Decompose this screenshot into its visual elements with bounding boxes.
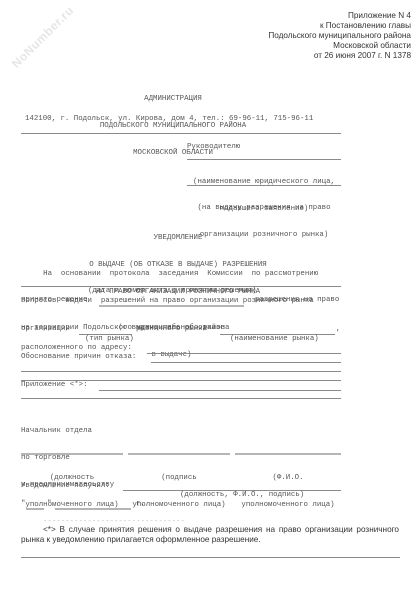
signature-line[interactable] <box>128 453 230 455</box>
watermark: NoNumber.ru <box>9 3 77 71</box>
address-label: расположенного по адресу: <box>21 344 132 353</box>
recipient-label: Руководителю <box>187 143 240 152</box>
fio-hint-2: уполномоченного лица) <box>234 501 342 510</box>
act-hint: (дата и номер акта о принятии решения) <box>88 287 257 296</box>
market-type-hint: (тип рынка) <box>85 335 134 344</box>
attachment-line-1[interactable] <box>99 390 341 391</box>
day-line[interactable] <box>26 508 44 510</box>
admin-line-1: АДМИНИСТРАЦИЯ <box>0 95 346 104</box>
title-line-1: УВЕДОМЛЕНИЕ <box>0 234 356 243</box>
org-label: организации <box>21 325 70 334</box>
address-line[interactable] <box>147 353 341 354</box>
decision-suffix: разрешения на право <box>255 296 339 305</box>
admin-address: 142100, г. Подольск, ул. Кирова, дом 4, … <box>25 115 313 124</box>
page-bottom-rule <box>21 557 400 558</box>
attachment-label: Приложение <*>: <box>21 381 88 390</box>
reason-line-2[interactable] <box>21 371 341 372</box>
signature-hint-1: (подпись <box>126 474 232 483</box>
month-line[interactable] <box>55 508 131 510</box>
fio-hint: (Ф.И.О. уполномоченного лица) <box>234 456 342 519</box>
appendix-line-5: от 26 июня 2007 г. N 1378 <box>191 51 411 61</box>
year-suffix: г. <box>136 500 145 509</box>
reason-line-1[interactable] <box>151 362 341 363</box>
fio-hint-1: (Ф.И.О. <box>234 474 342 483</box>
footnote-text: <*> В случае принятия решения о выдаче р… <box>21 525 399 545</box>
signatory-line-1: Начальник отдела <box>21 427 114 436</box>
decision-label: принято решение <box>21 296 88 305</box>
appendix-line-2: к Постановлению главы <box>191 21 411 31</box>
receipt-hint: (должность, Ф.И.О., подпись) <box>180 491 304 500</box>
appendix-line-4: Московской области <box>191 41 411 51</box>
body-line-1: На основании протокола заседания Комисси… <box>21 270 318 279</box>
quote-close: " <box>47 500 51 509</box>
fio-line[interactable] <box>235 453 341 455</box>
reason-label: Обоснование причин отказа: <box>21 353 136 362</box>
appendix-block: Приложение N 4 к Постановлению главы Под… <box>191 11 411 61</box>
retail-label: розничного рынка <box>136 325 207 334</box>
comma: , <box>336 325 340 334</box>
market-name-hint: (наименование рынка) <box>230 335 319 344</box>
header-divider <box>21 133 341 134</box>
quote-open: " <box>21 500 25 509</box>
appendix-line-3: Подольского муниципального района <box>191 31 411 41</box>
receipt-label: Уведомление получил: <box>21 482 110 491</box>
position-line[interactable] <box>21 453 123 455</box>
recipient-hint-2a: (на выдачу разрешения на право <box>184 204 344 213</box>
attachment-line-2[interactable] <box>21 398 341 399</box>
signature-hint: (подпись уполномоченного лица) <box>126 456 232 519</box>
admin-line-3: МОСКОВСКОЙ ОБЛАСТИ <box>0 149 346 158</box>
appendix-line-1: Приложение N 4 <box>191 11 411 21</box>
